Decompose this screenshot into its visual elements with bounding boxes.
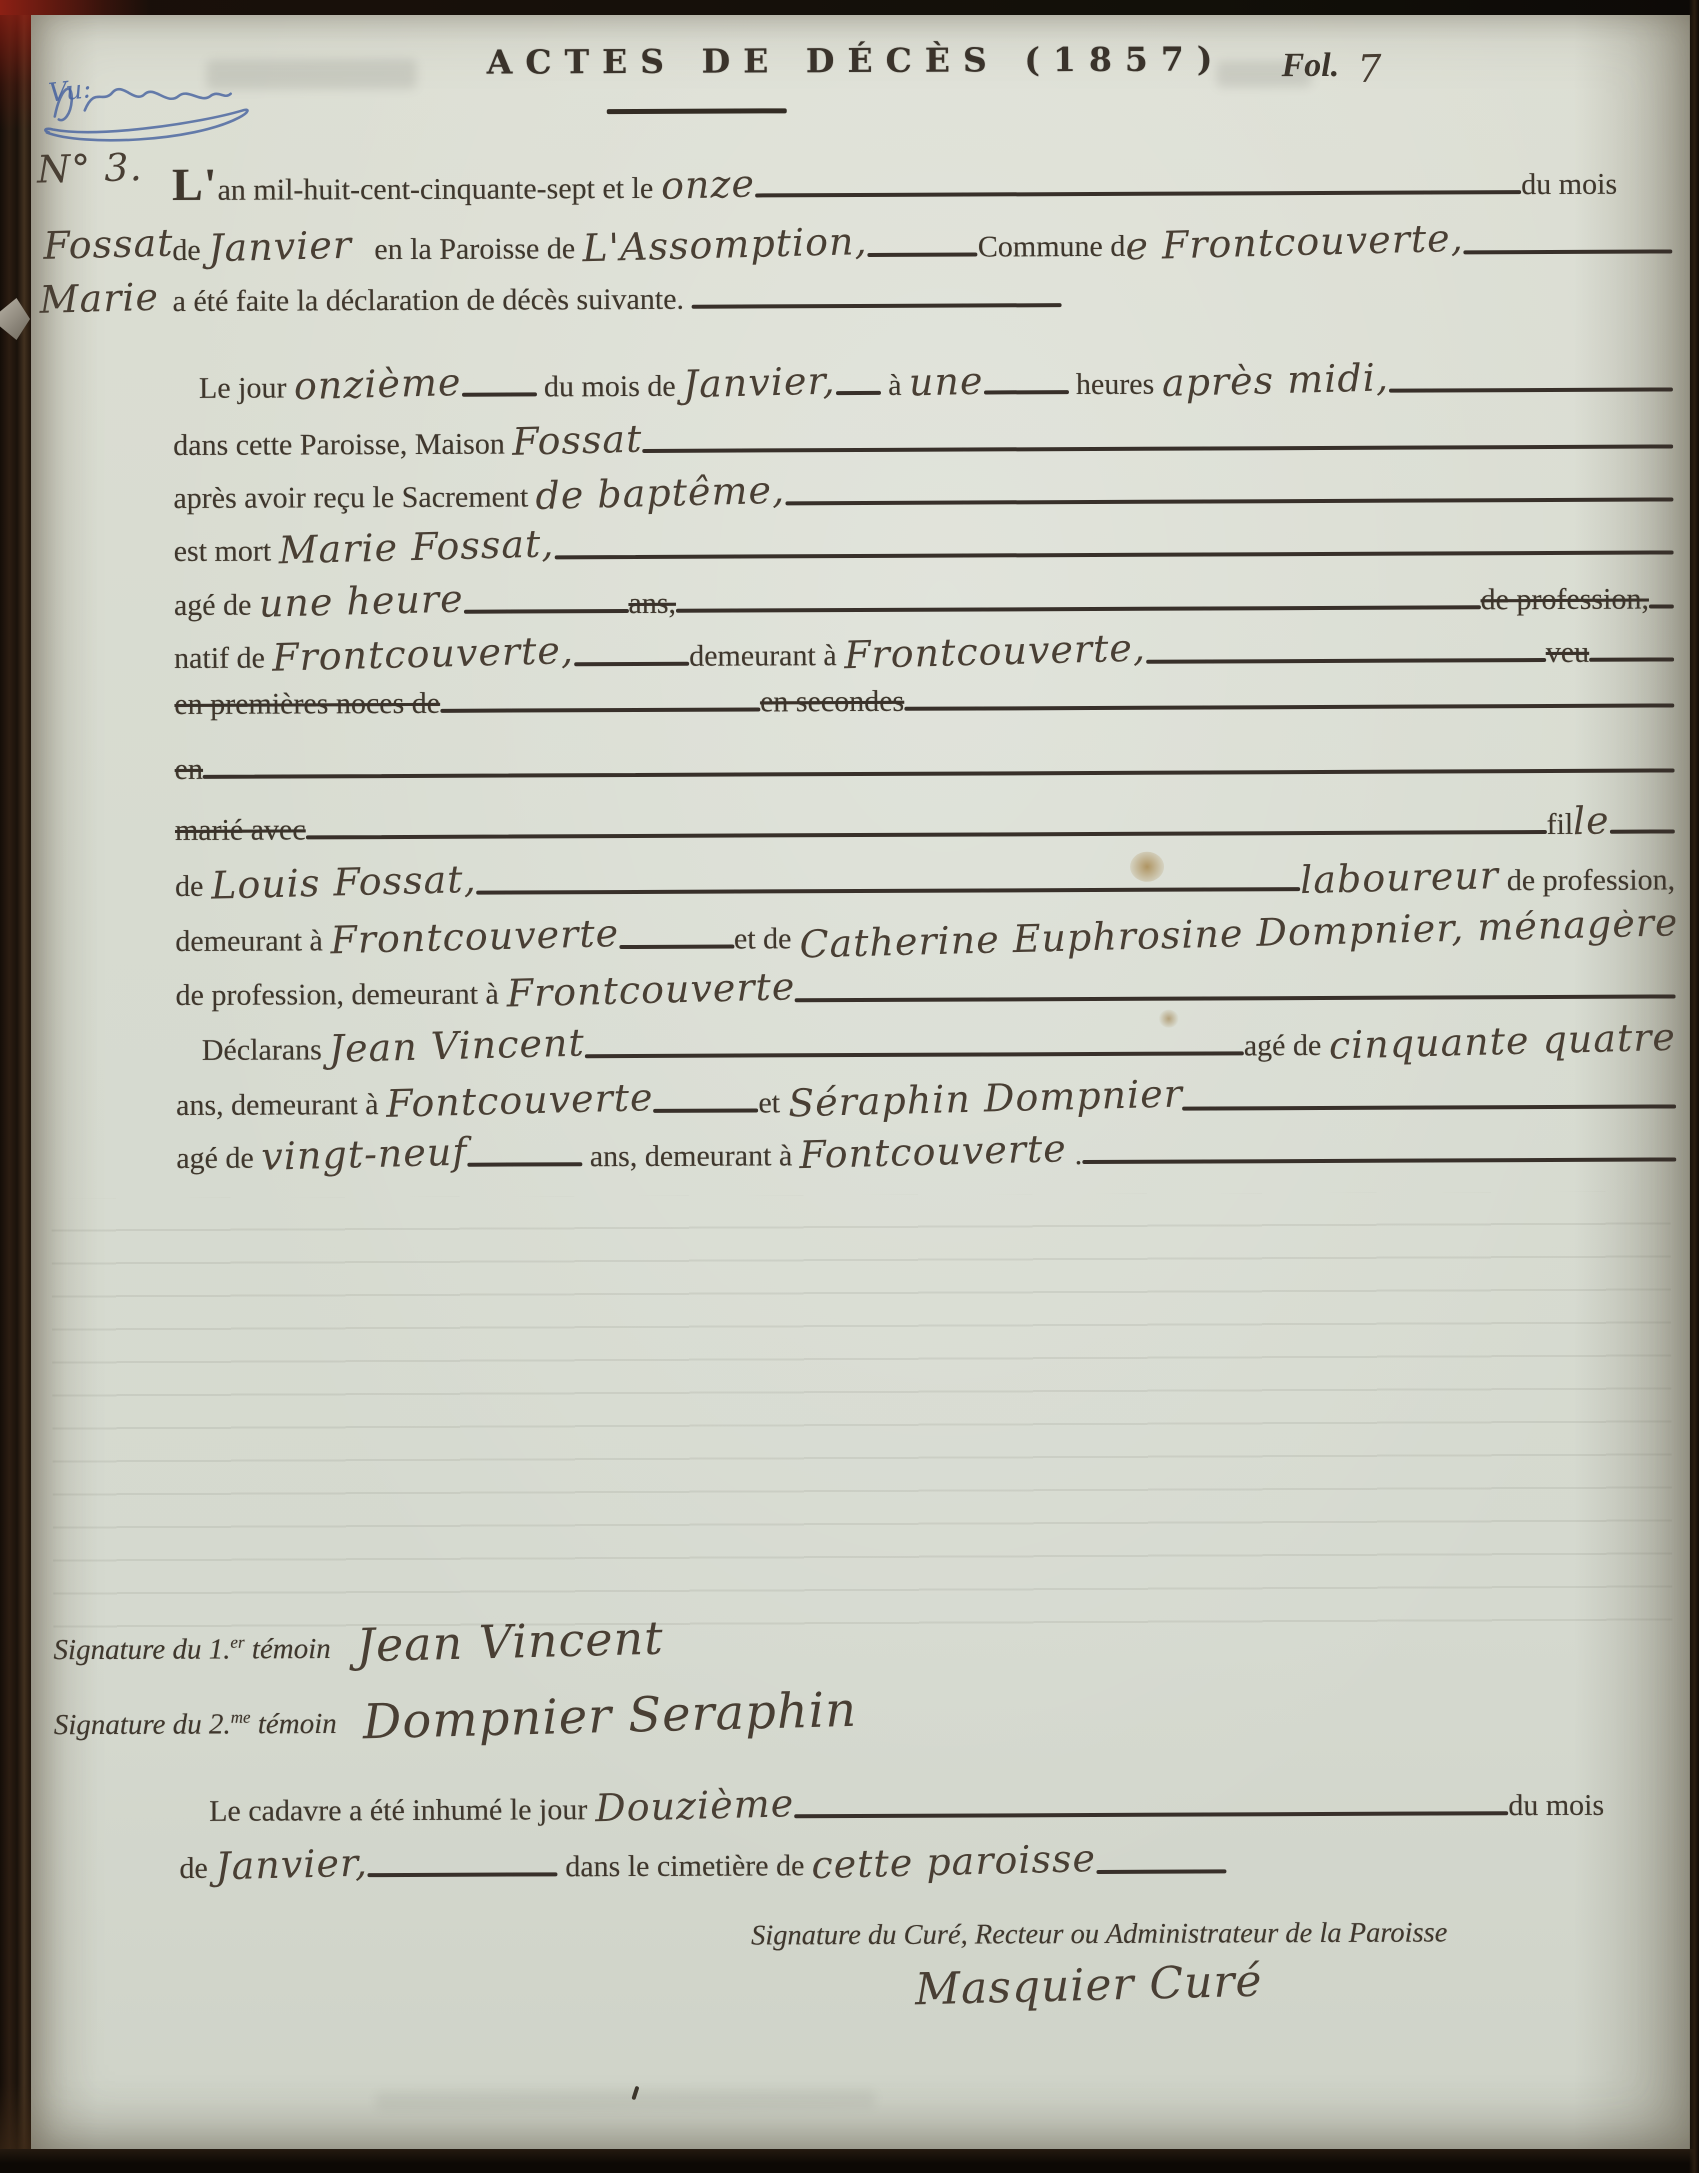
fill-line [836, 391, 881, 395]
document-paper: ACTES DE DÉCÈS (1857) Fol.7 Vu: N° 3. Fo… [31, 15, 1690, 2149]
line-married: marié avecfille [175, 798, 1675, 861]
handwritten-entry: Frontcouverte [506, 964, 796, 1015]
printed-label: de [179, 1852, 215, 1886]
handwritten-entry: Jean Vincent [329, 1021, 586, 1071]
book-binding-top-edge [0, 0, 1699, 15]
line-house: dans cette Paroisse, Maison Fossat [173, 413, 1673, 473]
line-declaration: a été faite la déclaration de décès suiv… [173, 278, 1673, 363]
line-declarants: Déclarans Jean Vincentagé de cinquante q… [176, 1018, 1676, 1080]
handwritten-entry: cinquante quatre [1328, 1018, 1676, 1067]
printed-label: Commune d [978, 230, 1126, 265]
printed-label: Déclarans [202, 1033, 330, 1068]
struck-printed-label: marié avec [175, 813, 306, 848]
act-body-text: L'an mil-huit-cent-cinquante-sept et le … [172, 151, 1676, 1186]
printed-label: à [881, 369, 909, 403]
handwritten-entry: Fontcouverte [799, 1126, 1067, 1177]
printed-label: du mois de [536, 370, 683, 405]
witness1-label: Signature du 1.er témoin [53, 1633, 330, 1668]
line-en: en [175, 746, 1675, 805]
witness2-signature: Dompnier Seraphin [362, 1682, 858, 1750]
printed-label: agé de [176, 1142, 261, 1176]
handwritten-entry: le [1573, 798, 1611, 843]
cure-signature: Masquier Curé [914, 1956, 1263, 2016]
handwritten-entry: cette paroisse [811, 1836, 1097, 1887]
fill-line [462, 392, 537, 396]
printed-label: agé de [174, 589, 259, 623]
handwritten-entry: Marie Fossat, [278, 521, 555, 572]
handwritten-entry: onzième [293, 360, 462, 408]
deceased-surname-margin-note: Fossat [43, 221, 174, 268]
printed-label: agé de [1244, 1029, 1329, 1063]
struck-printed-label: en secondes [760, 685, 904, 720]
struck-printed-label: ans, [628, 587, 676, 621]
printed-label: dans cette Paroisse, Maison [173, 428, 512, 463]
ink-bleedthrough-smudge [375, 2090, 875, 2110]
blank-ruled-area [52, 1191, 1673, 1628]
printed-label: fil [1546, 808, 1573, 842]
handwritten-entry: de baptême, [535, 468, 786, 518]
act-number: N° 3. [36, 145, 143, 192]
fill-line [467, 1162, 582, 1167]
witness1-signature: Jean Vincent [356, 1611, 664, 1673]
printed-label: de profession, [1499, 863, 1675, 898]
folio: Fol.7 [1281, 47, 1382, 91]
folio-label: Fol. [1281, 47, 1339, 84]
printed-label: en la Paroisse de [352, 232, 583, 267]
line-first-marriage: en premières noces deen secondes [174, 681, 1674, 753]
fill-line [476, 887, 1300, 895]
printed-label: du mois [1521, 168, 1617, 202]
printed-label: de [172, 234, 208, 268]
line-deceased: est mort Marie Fossat, [174, 519, 1674, 580]
printed-label: de profession, demeurant à [176, 978, 507, 1013]
fill-line [1182, 1104, 1676, 1110]
fill-line [676, 605, 1481, 613]
printed-label: du mois [1508, 1789, 1604, 1823]
handwritten-entry: Frontcouverte, [844, 626, 1147, 677]
burial-statement: Le cadavre a été inhumé le jour Douzième… [179, 1779, 1679, 1900]
fill-line [642, 444, 1673, 452]
fill-line [368, 1872, 558, 1877]
deceased-firstname-margin-note: Marie [39, 275, 159, 322]
line-day: Le jour onzième du mois de Janvier, à un… [173, 356, 1673, 420]
printed-label: ans, demeurant à [176, 1088, 386, 1123]
printed-label: ans, demeurant à [582, 1139, 800, 1174]
witness2-label: Signature du 2.me témoin [54, 1708, 337, 1743]
fill-line [755, 190, 1522, 197]
printed-label: après avoir reçu le Sacrement [173, 480, 535, 516]
handwritten-entry: e Frontcouverte, [1125, 218, 1464, 268]
fill-line [203, 768, 1675, 778]
fill-line [574, 662, 689, 667]
fill-line [585, 1051, 1244, 1058]
fill-line [868, 252, 978, 256]
cure-caption: Signature du Curé, Recteur ou Administra… [535, 1917, 1664, 1954]
spacer [1617, 192, 1672, 193]
handwritten-entry: Janvier, [215, 1841, 369, 1889]
handwritten-entry: onze [660, 161, 755, 207]
printed-label: et de [734, 922, 799, 956]
line-burial-day: Le cadavre a été inhumé le jour Douzième… [179, 1779, 1679, 1843]
blue-annotation-text: Vu: [47, 74, 93, 108]
handwritten-entry: une heure [258, 577, 464, 626]
fill-line [1464, 249, 1673, 254]
printed-label: est mort [174, 535, 279, 569]
fill-line [440, 707, 760, 712]
printed-label: Le jour [199, 371, 294, 405]
struck-printed-label: de profession, [1481, 583, 1649, 618]
handwritten-entry: une [908, 359, 984, 405]
printed-label: dans le cimetière de [558, 1849, 812, 1884]
scanned-death-register-page: ACTES DE DÉCÈS (1857) Fol.7 Vu: N° 3. Fo… [0, 0, 1699, 2173]
fill-line [653, 1108, 758, 1112]
fill-line [619, 945, 734, 950]
line-birthplace: natif de Frontcouverte,demeurant à Front… [174, 626, 1674, 688]
fill-line [692, 303, 1062, 309]
printed-label: heures [1068, 368, 1161, 402]
fill-line [463, 609, 628, 614]
handwritten-entry: Séraphin Dompnier [787, 1073, 1183, 1125]
handwritten-entry: laboureur [1300, 854, 1500, 902]
handwritten-entry: Fontcouverte [385, 1075, 653, 1126]
struck-printed-label: en premières noces de [174, 687, 440, 722]
handwritten-entry: Janvier [208, 223, 353, 271]
fill-line [1096, 1869, 1226, 1874]
fill-line [795, 994, 1676, 1002]
fill-line [554, 550, 1673, 559]
fill-line [785, 497, 1673, 505]
handwritten-entry: Frontcouverte [330, 911, 620, 962]
handwritten-entry: après midi, [1161, 356, 1389, 405]
line-father-residence: demeurant à Frontcouverteet de Catherine… [175, 909, 1675, 970]
printed-label: L'an mil-huit-cent-cinquante-sept et le [172, 156, 661, 211]
fill-line [794, 1811, 1508, 1818]
printed-label: de [175, 870, 211, 904]
printed-label: natif de [174, 642, 272, 676]
handwritten-entry: Catherine Euphrosine Dompnier, ménagère [799, 909, 1676, 966]
line-sacrament: après avoir reçu le Sacrement de baptême… [173, 466, 1673, 526]
witness1-signature-row: Signature du 1.er témoin Jean Vincent [53, 1614, 664, 1671]
line-mother-residence: de profession, demeurant à Frontcouverte [176, 963, 1676, 1025]
fill-line [1589, 657, 1674, 661]
book-binding-bottom-edge [0, 2149, 1699, 2173]
printed-label: et [758, 1086, 787, 1120]
line-year: L'an mil-huit-cent-cinquante-sept et le … [172, 151, 1672, 225]
handwritten-entry: Fossat [512, 417, 643, 464]
printed-label: demeurant à [689, 639, 844, 674]
fill-line [306, 830, 1547, 839]
fill-line [1389, 387, 1673, 392]
book-binding-right-edge [1689, 0, 1699, 2173]
fill-line [983, 390, 1068, 394]
spacer [1604, 1813, 1679, 1814]
fill-line [1082, 1157, 1676, 1164]
line-witness2: ans, demeurant à Fontcouverteet Séraphin… [176, 1073, 1676, 1133]
fill-line [1610, 829, 1675, 833]
printed-label: . [1067, 1138, 1082, 1172]
line-age: agé de une heureans,de profession, [174, 573, 1674, 633]
printed-label: a été faite la déclaration de décès suiv… [173, 283, 692, 319]
title-underline [606, 108, 786, 114]
handwritten-entry: Douzième [594, 1781, 794, 1830]
struck-printed-label: veu [1546, 636, 1589, 670]
witness2-signature-row: Signature du 2.me témoin Dompnier Seraph… [54, 1687, 857, 1747]
handwritten-entry: vingt-neuf [261, 1130, 468, 1179]
line-witness2-age: agé de vingt-neuf ans, demeurant à Fontc… [176, 1126, 1676, 1186]
spacer [1226, 1870, 1679, 1873]
handwritten-entry: Frontcouverte, [272, 628, 575, 680]
struck-printed-label: en [175, 753, 203, 787]
fill-line [1146, 658, 1546, 664]
printed-label: Le cadavre a été inhumé le jour [209, 1793, 595, 1829]
blue-ink-annotation: Vu: [41, 70, 276, 151]
handwritten-entry: L'Assomption, [582, 219, 868, 270]
handwritten-entry: Louis Fossat, [210, 857, 477, 908]
fill-line [1649, 604, 1674, 608]
spacer [1062, 303, 1673, 307]
line-father: de Louis Fossat,laboureur de profession, [175, 854, 1675, 916]
line-burial-month: de Janvier, dans le cimetière de cette p… [179, 1836, 1679, 1900]
fill-line [904, 703, 1674, 710]
line-month-parish: de Janvier en la Paroisse de L'Assomptio… [172, 218, 1672, 285]
handwritten-entry: Janvier, [683, 359, 837, 407]
printed-label: demeurant à [175, 924, 330, 959]
folio-number-handwritten: 7 [1357, 46, 1383, 91]
